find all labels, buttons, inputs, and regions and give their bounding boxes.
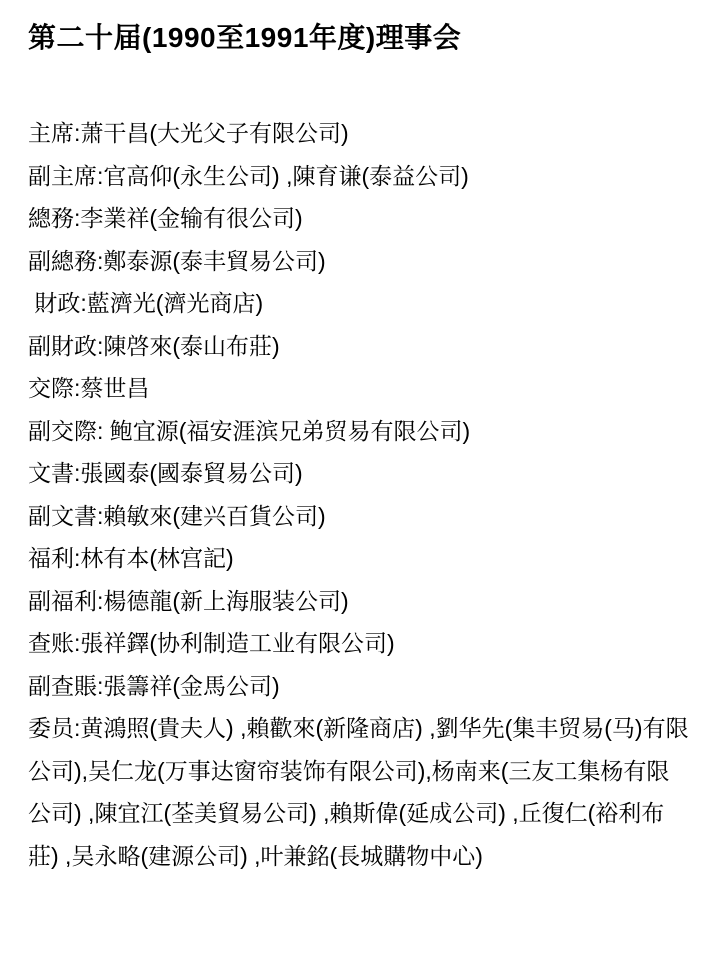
board-line-liaison: 交際:蔡世昌 [28,367,692,410]
document-page: 第二十届(1990至1991年度)理事会 主席:萧干昌(大光父子有限公司) 副主… [0,0,720,960]
board-member-list: 主席:萧干昌(大光父子有限公司) 副主席:官高仰(永生公司) ,陳育谦(泰益公司… [28,112,692,877]
board-line-vice-liaison: 副交際: 鲍宜源(福安涯滨兄弟贸易有限公司) [28,410,692,453]
board-line-welfare: 福利:林有本(林宫記) [28,537,692,580]
board-line-general-affairs: 總務:李業祥(金输有很公司) [28,197,692,240]
board-line-vice-secretary: 副文書:賴敏來(建兴百貨公司) [28,495,692,538]
board-line-treasurer: 財政:藍濟光(濟光商店) [28,282,692,325]
board-line-vice-auditor: 副查賬:張籌祥(金馬公司) [28,665,692,708]
board-line-vice-chairman: 副主席:官高仰(永生公司) ,陳育谦(泰益公司) [28,155,692,198]
board-line-vice-treasurer: 副財政:陳啓來(泰山布莊) [28,325,692,368]
board-line-vice-general-affairs: 副總務:鄭泰源(泰丰貿易公司) [28,240,692,283]
board-line-vice-welfare: 副福利:楊德龍(新上海服装公司) [28,580,692,623]
board-line-secretary: 文書:張國泰(國泰貿易公司) [28,452,692,495]
board-line-committee-members: 委员:黄鴻照(貴夫人) ,賴歡來(新隆商店) ,劉华先(集丰贸易(马)有限公司)… [28,707,692,877]
board-line-chairman: 主席:萧干昌(大光父子有限公司) [28,112,692,155]
page-title: 第二十届(1990至1991年度)理事会 [28,20,692,56]
board-line-auditor: 查账:張祥鐸(协利制造工业有限公司) [28,622,692,665]
